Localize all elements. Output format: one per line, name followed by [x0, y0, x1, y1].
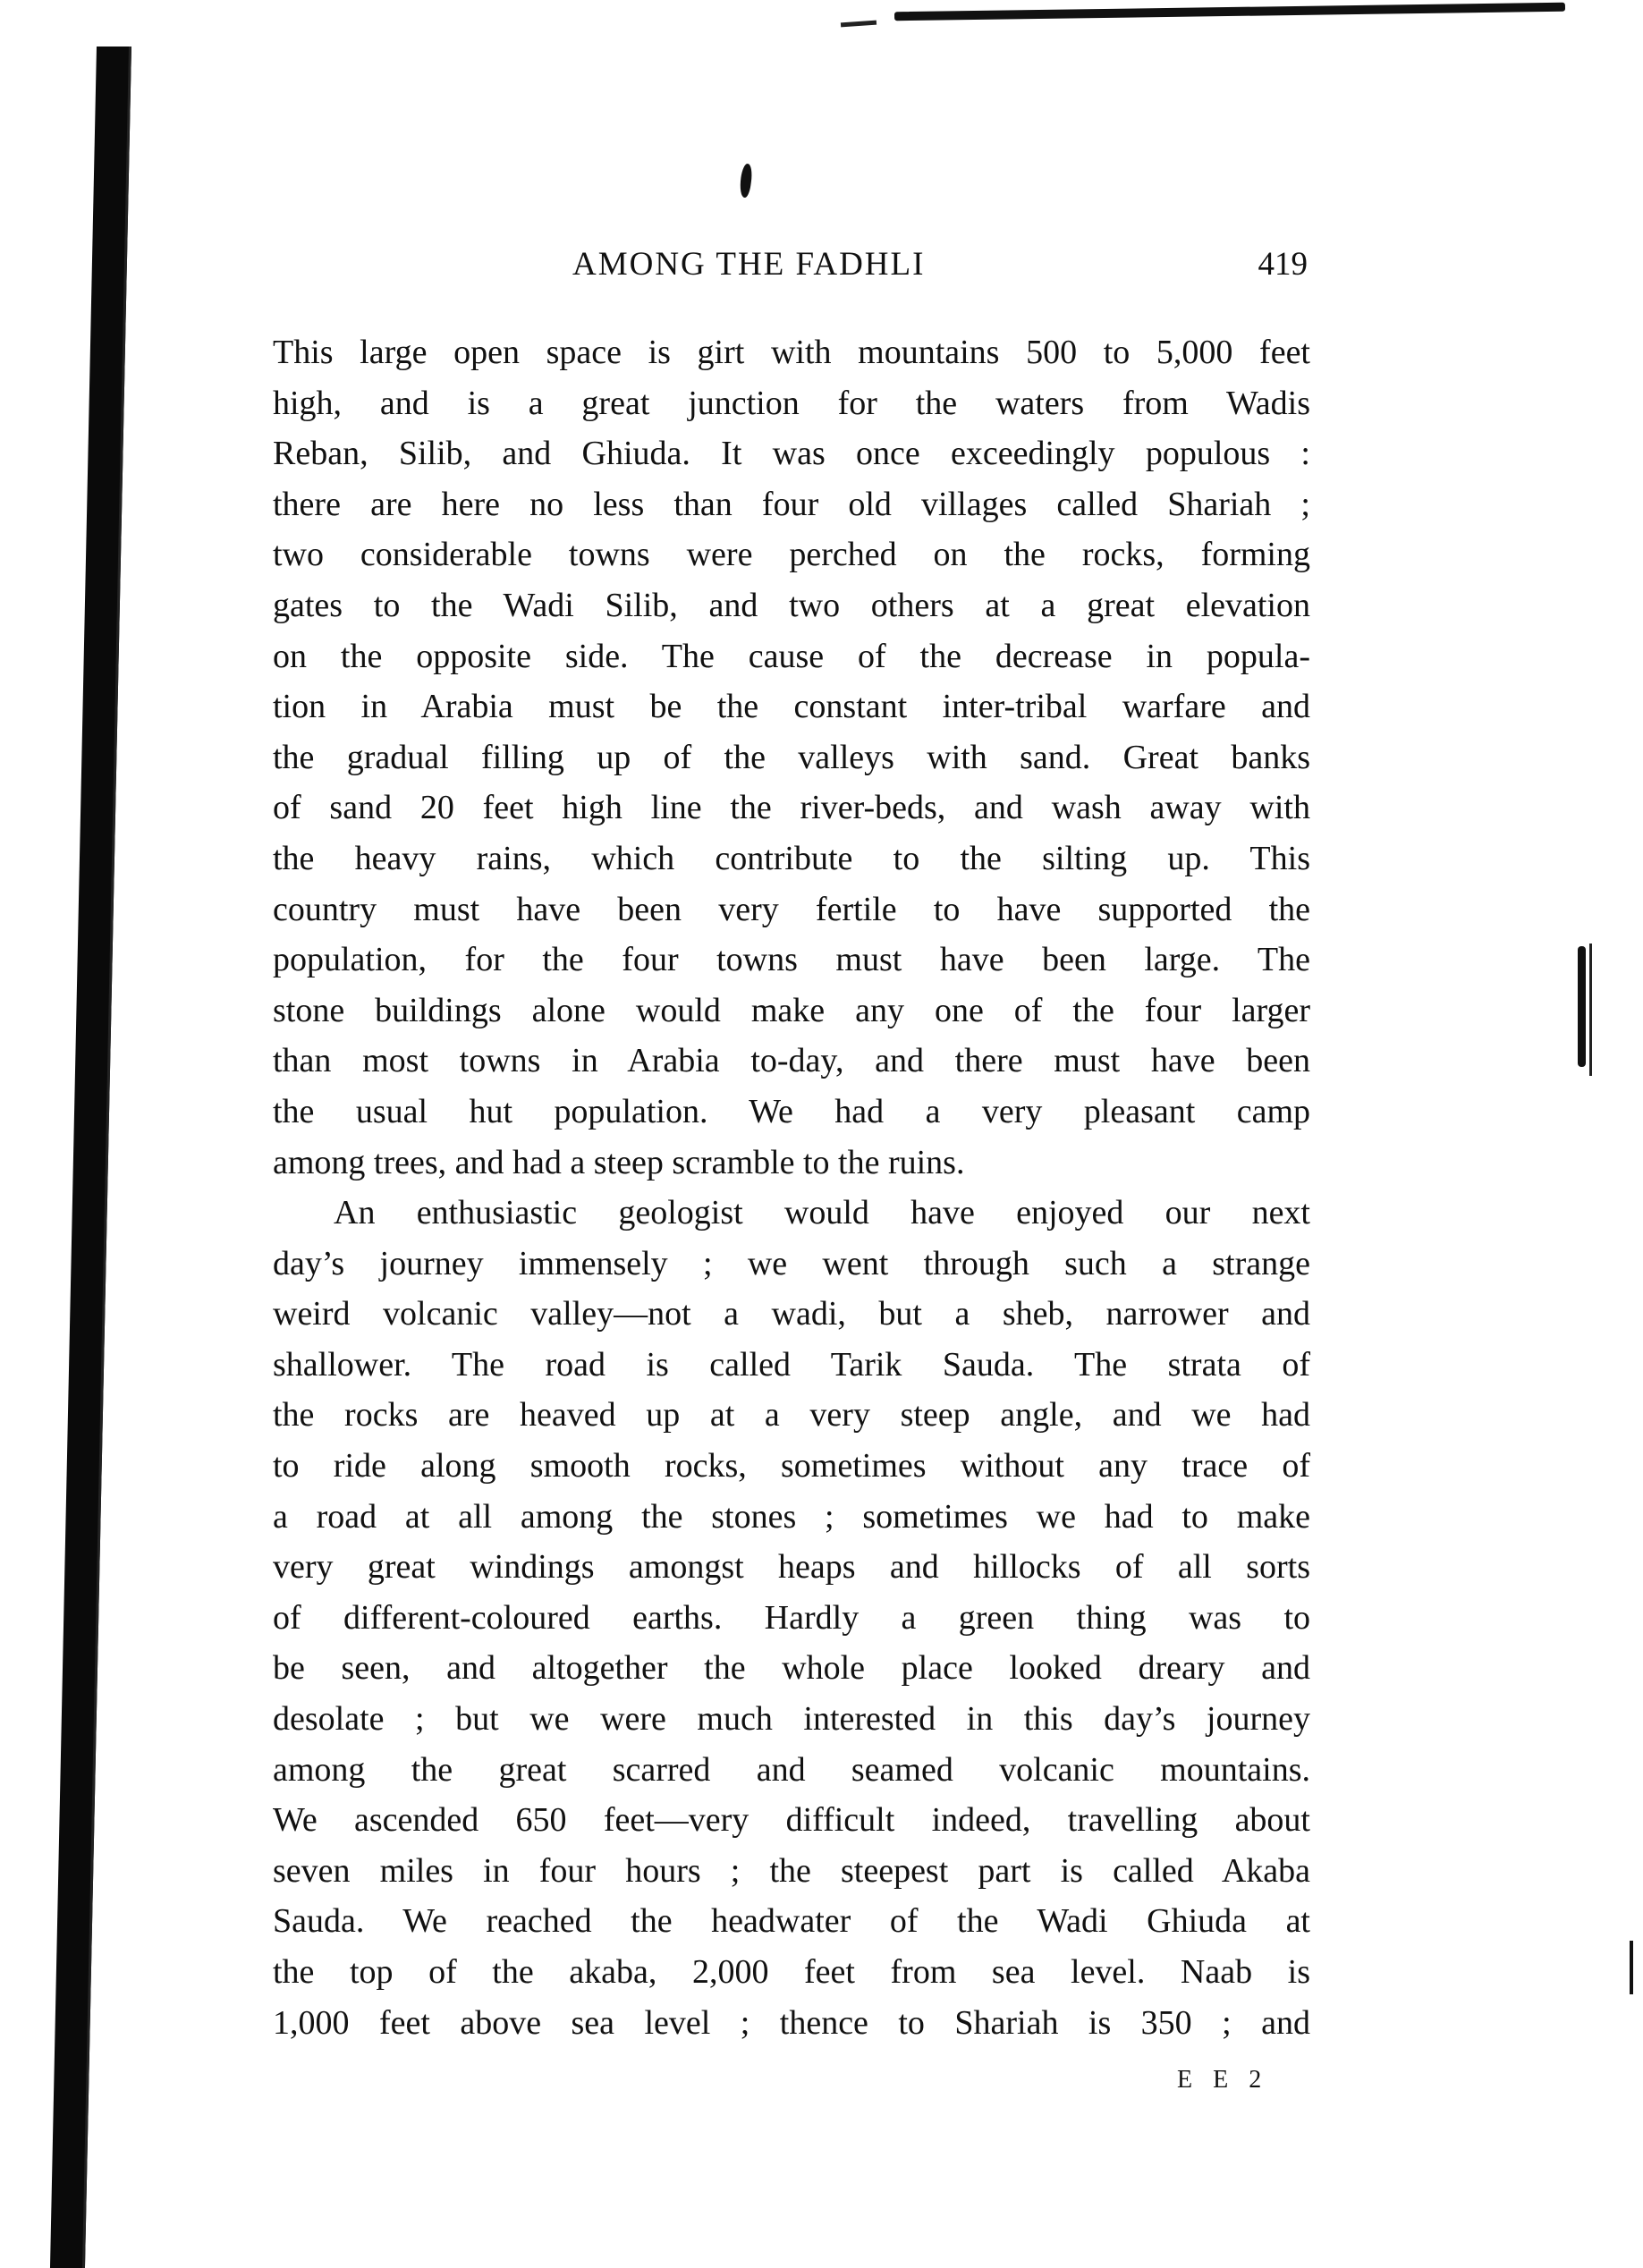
text-line: shallower. The road is called Tarik Saud… — [273, 1340, 1310, 1391]
text-line: the usual hut population. We had a very … — [273, 1087, 1310, 1138]
scan-edge-smudge-small — [841, 21, 877, 28]
text-line: very great windings amongst heaps and hi… — [273, 1542, 1310, 1593]
margin-scan-mark-bottom — [1630, 1941, 1633, 1994]
text-line: two considerable towns were perched on t… — [273, 529, 1310, 580]
text-line: Reban, Silib, and Ghiuda. It was once ex… — [273, 428, 1310, 479]
text-line: high, and is a great junction for the wa… — [273, 378, 1310, 429]
text-line: Sauda. We reached the headwater of the W… — [273, 1896, 1310, 1947]
text-line: among trees, and had a steep scramble to… — [273, 1138, 1310, 1189]
text-line: the rocks are heaved up at a very steep … — [273, 1390, 1310, 1441]
paragraph-2: An enthusiastic geologist would have enj… — [273, 1188, 1310, 2048]
page-number: 419 — [1258, 245, 1308, 283]
text-line: the heavy rains, which contribute to the… — [273, 834, 1310, 884]
text-line: on the opposite side. The cause of the d… — [273, 631, 1310, 682]
scan-edge-smudge — [894, 3, 1565, 21]
text-line: be seen, and altogether the whole place … — [273, 1643, 1310, 1694]
text-line: day’s journey immensely ; we went throug… — [273, 1239, 1310, 1290]
signature-mark: E E 2 — [1177, 2066, 1268, 2095]
text-line: a road at all among the stones ; sometim… — [273, 1492, 1310, 1543]
text-line: of sand 20 feet high line the river-beds… — [273, 783, 1310, 834]
text-line: the top of the akaba, 2,000 feet from se… — [273, 1947, 1310, 1998]
text-line: This large open space is girt with mount… — [273, 327, 1310, 378]
text-line: desolate ; but we were much interested i… — [273, 1694, 1310, 1745]
text-line: weird volcanic valley—not a wadi, but a … — [273, 1289, 1310, 1340]
book-page: AMONG THE FADHLI 419 This large open spa… — [0, 0, 1643, 2268]
text-line: We ascended 650 feet—very difficult inde… — [273, 1795, 1310, 1846]
text-line: among the great scarred and seamed volca… — [273, 1745, 1310, 1796]
text-line: to ride along smooth rocks, sometimes wi… — [273, 1441, 1310, 1492]
text-line: 1,000 feet above sea level ; thence to S… — [273, 1998, 1310, 2049]
text-line: tion in Arabia must be the constant inte… — [273, 681, 1310, 732]
paragraph-1: This large open space is girt with mount… — [273, 327, 1310, 1188]
text-line: An enthusiastic geologist would have enj… — [273, 1188, 1310, 1239]
text-line: the gradual filling up of the valleys wi… — [273, 732, 1310, 783]
text-line: seven miles in four hours ; the steepest… — [273, 1846, 1310, 1897]
body-text: This large open space is girt with mount… — [273, 327, 1310, 2048]
ink-blot-mark — [738, 163, 753, 198]
text-line: there are here no less than four old vil… — [273, 479, 1310, 530]
text-line: population, for the four towns must have… — [273, 935, 1310, 986]
running-title: AMONG THE FADHLI — [572, 245, 925, 283]
margin-scan-mark — [1578, 946, 1586, 1067]
text-line: of different-coloured earths. Hardly a g… — [273, 1593, 1310, 1644]
text-line: stone buildings alone would make any one… — [273, 986, 1310, 1037]
running-header: AMONG THE FADHLI 419 — [268, 241, 1351, 295]
text-line: than most towns in Arabia to-day, and th… — [273, 1036, 1310, 1087]
margin-scan-mark-thin — [1589, 944, 1592, 1076]
text-line: gates to the Wadi Silib, and two others … — [273, 580, 1310, 631]
binding-edge-shadow — [50, 47, 131, 2268]
text-line: country must have been very fertile to h… — [273, 884, 1310, 935]
